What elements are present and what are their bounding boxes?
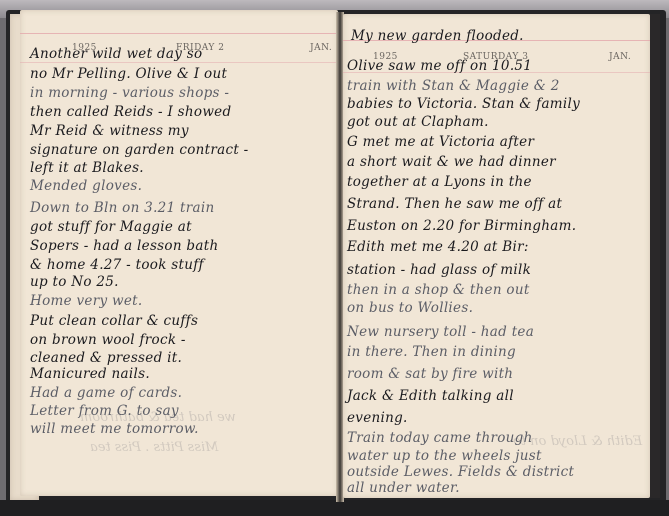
diary-line: together at a Lyons in the [347, 174, 532, 190]
diary-line: got out at Clapham. [347, 114, 489, 130]
diary-line: Jack & Edith talking all [347, 388, 514, 404]
diary-line: Strand. Then he saw me off at [347, 196, 562, 212]
right-page: 1925 SATURDAY 3 JAN. Edith & Lloyd on to… [343, 14, 650, 498]
diary-line: Letter from G. to say [30, 403, 179, 419]
diary-line: on bus to Wollies. [347, 300, 473, 316]
diary-line: Mr Reid & witness my [30, 123, 189, 139]
top-rule [20, 33, 338, 34]
left-page: 1925 FRIDAY 2 JAN. we had tea & bathroom… [20, 10, 338, 496]
diary-line: Euston on 2.20 for Birmingham. [347, 218, 576, 234]
diary-line: will meet me tomorrow. [30, 421, 199, 437]
diary-line: then in a shop & then out [347, 282, 530, 298]
diary-line: room & sat by fire with [347, 366, 513, 382]
diary-line: Edith met me 4.20 at Bir: [347, 239, 529, 255]
diary-line: & home 4.27 - took stuff [30, 257, 204, 273]
diary-line: station - had glass of milk [347, 262, 531, 278]
diary-line: in there. Then in dining [347, 344, 516, 360]
month-label: JAN. [310, 43, 332, 53]
cover-bottom [0, 500, 669, 516]
header-rule [20, 62, 338, 63]
diary-line: Had a game of cards. [30, 385, 182, 401]
diary-line: Down to Bln on 3.21 train [30, 200, 214, 216]
diary-line: Put clean collar & cuffs [30, 313, 198, 329]
diary-line: Mended gloves. [30, 178, 142, 194]
diary-line: Another wild wet day so [30, 46, 202, 62]
day-number: 2 [218, 43, 224, 53]
diary-line: all under water. [347, 480, 460, 496]
diary-line: a short wait & we had dinner [347, 154, 556, 170]
diary-line: water up to the wheels just [347, 448, 542, 464]
diary-line: in morning - various shops - [30, 85, 229, 101]
diary-line: got stuff for Maggie at [30, 219, 192, 235]
diary-line: no Mr Pelling. Olive & I out [30, 66, 227, 82]
diary-line: Home very wet. [30, 293, 142, 309]
month-label: JAN. [609, 52, 631, 62]
cover-right-edge [650, 14, 660, 498]
diary-line: Olive saw me off on 10.51 [347, 58, 532, 74]
diary-line: Manicured nails. [30, 366, 150, 382]
diary-line: left it at Blakes. [30, 160, 144, 176]
diary-line: Sopers - had a lesson bath [30, 238, 218, 254]
diary-line: Train today came through [347, 430, 533, 446]
diary-line: evening. [347, 410, 408, 426]
diary-line: signature on garden contract - [30, 142, 249, 158]
diary-line: outside Lewes. Fields & district [347, 464, 574, 480]
diary-line: cleaned & pressed it. [30, 350, 182, 366]
diary-line: train with Stan & Maggie & 2 [347, 78, 560, 94]
diary-line: G met me at Victoria after [347, 134, 534, 150]
diary-line: New nursery toll - had tea [347, 324, 534, 340]
diary-line: then called Reids - I showed [30, 104, 231, 120]
diary-line: up to No 25. [30, 274, 119, 290]
diary-line: on brown wool frock - [30, 332, 186, 348]
top-note: My new garden flooded. [351, 28, 524, 44]
bleed-through-text: Miss Pitts . Piss tea [90, 440, 218, 455]
diary-line: babies to Victoria. Stan & family [347, 96, 580, 112]
